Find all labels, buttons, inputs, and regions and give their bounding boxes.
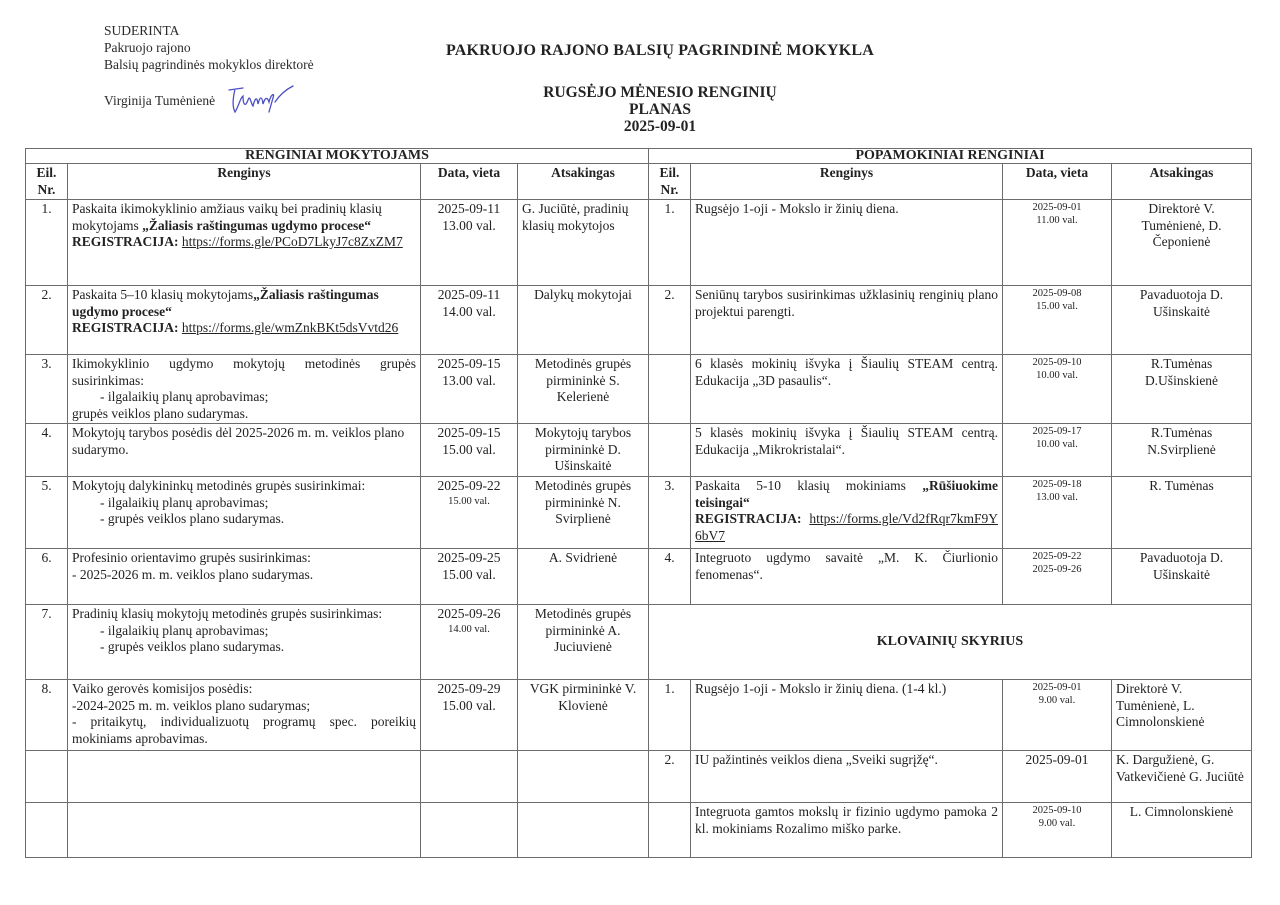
row-number: 4. bbox=[649, 549, 691, 605]
date-cell: 2025-09-2215.00 val. bbox=[421, 477, 518, 549]
registration-label: REGISTRACIJA: bbox=[72, 320, 182, 335]
event-text: Rugsėjo 1-oji - Mokslo ir žinių diena. bbox=[695, 201, 899, 216]
event-subitem: - grupės veiklos plano sudarymas. bbox=[72, 639, 416, 656]
col-date: Data, vieta bbox=[1003, 164, 1112, 200]
event-text: Pradinių klasių mokytojų metodinės grupė… bbox=[72, 606, 382, 621]
document-title: RUGSĖJO MĖNESIO RENGINIŲ PLANAS 2025-09-… bbox=[440, 84, 880, 135]
responsible-cell: Pavaduotoja D. Ušinskaitė bbox=[1112, 549, 1252, 605]
title-line-2: PLANAS bbox=[440, 101, 880, 118]
klovainiai-section-title: KLOVAINIŲ SKYRIUS bbox=[649, 605, 1252, 680]
event-date: 2025-09-15 bbox=[425, 356, 513, 373]
event-cell: Rugsėjo 1-oji - Mokslo ir žinių diena. bbox=[691, 200, 1003, 286]
table-row: 8.Vaiko gerovės komisijos posėdis:-2024-… bbox=[26, 680, 649, 751]
event-text: 5 klasės mokinių išvyka į Šiaulių STEAM … bbox=[695, 425, 998, 457]
event-time: 15.00 val. bbox=[1007, 300, 1107, 313]
date-cell: 2025-09-2915.00 val. bbox=[421, 680, 518, 751]
table-row: 2.Seniūnų tarybos susirinkimas užklasini… bbox=[649, 286, 1252, 355]
event-text: Integruoto ugdymo savaitė „M. K. Čiurlio… bbox=[695, 550, 998, 582]
date-cell: 2025-09-2614.00 val. bbox=[421, 605, 518, 680]
event-title: „Žaliasis raštingumas ugdymo procese“ bbox=[142, 218, 371, 233]
approval-district: Pakruojo rajono bbox=[104, 39, 314, 56]
event-text: Profesinio orientavimo grupės susirinkim… bbox=[72, 550, 311, 565]
row-number bbox=[649, 355, 691, 424]
date-cell: 2025-09-1515.00 val. bbox=[421, 424, 518, 477]
event-date: 2025-09-26 bbox=[425, 606, 513, 623]
row-number: 1. bbox=[649, 680, 691, 751]
responsible-cell: Metodinės grupės pirmininkė A. Juciuvien… bbox=[518, 605, 649, 680]
row-number: 7. bbox=[26, 605, 68, 680]
event-cell: Profesinio orientavimo grupės susirinkim… bbox=[68, 549, 421, 605]
event-date: 2025-09-17 bbox=[1007, 425, 1107, 438]
date-cell: 2025-09-1010.00 val. bbox=[1003, 355, 1112, 424]
date-cell: 2025-09-109.00 val. bbox=[1003, 803, 1112, 858]
event-subitem: - 2025-2026 m. m. veiklos plano sudaryma… bbox=[72, 567, 416, 584]
event-text: Paskaita 5-10 klasių mokiniams bbox=[695, 478, 922, 493]
date-cell: 2025-09-1813.00 val. bbox=[1003, 477, 1112, 549]
event-text: Seniūnų tarybos susirinkimas užklasinių … bbox=[695, 287, 998, 319]
event-time: 15.00 val. bbox=[425, 698, 513, 715]
row-number: 1. bbox=[649, 200, 691, 286]
responsible-cell: R.Tumėnas D.Ušinskienė bbox=[1112, 355, 1252, 424]
event-time: 13.00 val. bbox=[425, 373, 513, 390]
table-row: 2.IU pažintinės veiklos diena „Sveiki su… bbox=[649, 751, 1252, 803]
table-row: 5.Mokytojų dalykininkų metodinės grupės … bbox=[26, 477, 649, 549]
approval-block: SUDERINTA Pakruojo rajono Balsių pagrind… bbox=[104, 22, 314, 116]
event-date: 2025-09-11 bbox=[425, 201, 513, 218]
row-number: 2. bbox=[26, 286, 68, 355]
date-cell: 2025-09-0815.00 val. bbox=[1003, 286, 1112, 355]
responsible-cell: Mokytojų tarybos pirmininkė D. Ušinskait… bbox=[518, 424, 649, 477]
event-cell: Rugsėjo 1-oji - Mokslo ir žinių diena. (… bbox=[691, 680, 1003, 751]
event-time: 11.00 val. bbox=[1007, 214, 1107, 227]
signature-icon bbox=[223, 84, 303, 116]
event-subitem: - ilgalaikių planų aprobavimas; bbox=[72, 389, 416, 406]
title-line-1: RUGSĖJO MĖNESIO RENGINIŲ bbox=[440, 84, 880, 101]
responsible-cell: R.Tumėnas N.Svirplienė bbox=[1112, 424, 1252, 477]
event-subitem: - ilgalaikių planų aprobavimas; bbox=[72, 495, 416, 512]
event-time: 10.00 val. bbox=[1007, 369, 1107, 382]
event-cell: 6 klasės mokinių išvyka į Šiaulių STEAM … bbox=[691, 355, 1003, 424]
event-subitem: - ilgalaikių planų aprobavimas; bbox=[72, 623, 416, 640]
responsible-cell: VGK pirmininkė V. Klovienė bbox=[518, 680, 649, 751]
event-cell: 5 klasės mokinių išvyka į Šiaulių STEAM … bbox=[691, 424, 1003, 477]
extracurricular-section-title: POPAMOKINIAI RENGINIAI bbox=[649, 149, 1252, 164]
empty-cell bbox=[26, 751, 68, 803]
event-date: 2025-09-15 bbox=[425, 425, 513, 442]
event-time: 15.00 val. bbox=[425, 567, 513, 584]
empty-cell bbox=[518, 751, 649, 803]
col-event: Renginys bbox=[691, 164, 1003, 200]
date-cell: 2025-09-019.00 val. bbox=[1003, 680, 1112, 751]
event-cell: Seniūnų tarybos susirinkimas užklasinių … bbox=[691, 286, 1003, 355]
date-cell: 2025-09-2515.00 val. bbox=[421, 549, 518, 605]
date-cell: 2025-09-0111.00 val. bbox=[1003, 200, 1112, 286]
event-time: 9.00 val. bbox=[1007, 817, 1107, 830]
title-date: 2025-09-01 bbox=[440, 118, 880, 135]
event-text: IU pažintinės veiklos diena „Sveiki sugr… bbox=[695, 752, 938, 767]
row-number: 5. bbox=[26, 477, 68, 549]
registration-link[interactable]: https://forms.gle/PCoD7LkyJ7c8ZxZM7 bbox=[182, 234, 403, 249]
empty-cell bbox=[518, 803, 649, 858]
date-cell: 2025-09-1710.00 val. bbox=[1003, 424, 1112, 477]
row-number: 4. bbox=[26, 424, 68, 477]
event-time: 13.00 val. bbox=[1007, 491, 1107, 504]
row-number: 2. bbox=[649, 751, 691, 803]
event-cell: Paskaita ikimokyklinio amžiaus vaikų bei… bbox=[68, 200, 421, 286]
table-row: 1.Paskaita ikimokyklinio amžiaus vaikų b… bbox=[26, 200, 649, 286]
empty-cell bbox=[68, 751, 421, 803]
event-cell: Integruoto ugdymo savaitė „M. K. Čiurlio… bbox=[691, 549, 1003, 605]
table-row: 6.Profesinio orientavimo grupės susirink… bbox=[26, 549, 649, 605]
event-text: Mokytojų tarybos posėdis dėl 2025-2026 m… bbox=[72, 425, 404, 457]
col-date: Data, vieta bbox=[421, 164, 518, 200]
klovainiai-section-row: KLOVAINIŲ SKYRIUS bbox=[649, 605, 1252, 680]
event-date: 2025-09-25 bbox=[425, 550, 513, 567]
empty-cell bbox=[421, 803, 518, 858]
event-text: Ikimokyklinio ugdymo mokytojų metodinės … bbox=[72, 356, 416, 388]
event-subitem: grupės veiklos plano sudarymas. bbox=[72, 406, 416, 423]
table-row: 2.Paskaita 5–10 klasių mokytojams„Žalias… bbox=[26, 286, 649, 355]
event-date: 2025-09-18 bbox=[1007, 478, 1107, 491]
event-time: 9.00 val. bbox=[1007, 694, 1107, 707]
event-time: 2025-09-26 bbox=[1007, 563, 1107, 576]
responsible-cell: Metodinės grupės pirmininkė S. Kelerienė bbox=[518, 355, 649, 424]
table-row: Integruota gamtos mokslų ir fizinio ugdy… bbox=[649, 803, 1252, 858]
table-row: 7.Pradinių klasių mokytojų metodinės gru… bbox=[26, 605, 649, 680]
col-responsible: Atsakingas bbox=[518, 164, 649, 200]
responsible-cell: Metodinės grupės pirmininkė N. Svirplien… bbox=[518, 477, 649, 549]
empty-cell bbox=[26, 803, 68, 858]
row-number bbox=[649, 803, 691, 858]
event-time: 15.00 val. bbox=[425, 495, 513, 508]
responsible-cell: Pavaduotoja D. Ušinskaitė bbox=[1112, 286, 1252, 355]
table-row: 3.Paskaita 5-10 klasių mokiniams „Rūšiuo… bbox=[649, 477, 1252, 549]
event-text: Mokytojų dalykininkų metodinės grupės su… bbox=[72, 478, 365, 493]
date-cell: 2025-09-1114.00 val. bbox=[421, 286, 518, 355]
event-text: 6 klasės mokinių išvyka į Šiaulių STEAM … bbox=[695, 356, 998, 388]
event-cell: IU pažintinės veiklos diena „Sveiki sugr… bbox=[691, 751, 1003, 803]
event-text: Rugsėjo 1-oji - Mokslo ir žinių diena. (… bbox=[695, 681, 946, 696]
date-cell: 2025-09-222025-09-26 bbox=[1003, 549, 1112, 605]
event-date: 2025-09-10 bbox=[1007, 804, 1107, 817]
event-date: 2025-09-01 bbox=[1007, 752, 1107, 769]
event-cell: Ikimokyklinio ugdymo mokytojų metodinės … bbox=[68, 355, 421, 424]
event-time: 14.00 val. bbox=[425, 623, 513, 636]
approval-signer: Virginija Tumėnienė bbox=[104, 92, 215, 109]
event-text: Paskaita 5–10 klasių mokytojams bbox=[72, 287, 253, 302]
responsible-cell: G. Juciūtė, pradinių klasių mokytojos bbox=[518, 200, 649, 286]
responsible-cell: L. Cimnolonskienė bbox=[1112, 803, 1252, 858]
row-number: 1. bbox=[26, 200, 68, 286]
row-number: 6. bbox=[26, 549, 68, 605]
event-date: 2025-09-08 bbox=[1007, 287, 1107, 300]
event-text: Integruota gamtos mokslų ir fizinio ugdy… bbox=[695, 804, 998, 836]
row-number bbox=[649, 424, 691, 477]
event-cell: Mokytojų tarybos posėdis dėl 2025-2026 m… bbox=[68, 424, 421, 477]
empty-row bbox=[26, 751, 649, 803]
event-time: 15.00 val. bbox=[425, 442, 513, 459]
approval-position: Balsių pagrindinės mokyklos direktorė bbox=[104, 56, 314, 73]
row-number: 3. bbox=[26, 355, 68, 424]
table-row: 1.Rugsėjo 1-oji - Mokslo ir žinių diena.… bbox=[649, 200, 1252, 286]
date-cell: 2025-09-1113.00 val. bbox=[421, 200, 518, 286]
col-nr: Eil. Nr. bbox=[26, 164, 68, 200]
event-date: 2025-09-29 bbox=[425, 681, 513, 698]
extracurricular-events-table: POPAMOKINIAI RENGINIAI Eil. Nr. Renginys… bbox=[648, 148, 1252, 858]
responsible-cell: K. Dargužienė, G. Vatkevičienė G. Juciūt… bbox=[1112, 751, 1252, 803]
col-responsible: Atsakingas bbox=[1112, 164, 1252, 200]
teachers-events-table: RENGINIAI MOKYTOJAMS Eil. Nr. Renginys D… bbox=[25, 148, 649, 858]
responsible-cell: Direktorė V. Tumėnienė, L. Cimnolonskien… bbox=[1112, 680, 1252, 751]
event-date: 2025-09-22 bbox=[425, 478, 513, 495]
event-date: 2025-09-01 bbox=[1007, 681, 1107, 694]
event-cell: Vaiko gerovės komisijos posėdis:-2024-20… bbox=[68, 680, 421, 751]
event-time: 10.00 val. bbox=[1007, 438, 1107, 451]
empty-cell bbox=[421, 751, 518, 803]
responsible-cell: R. Tumėnas bbox=[1112, 477, 1252, 549]
event-cell: Paskaita 5-10 klasių mokiniams „Rūšiuoki… bbox=[691, 477, 1003, 549]
event-cell: Mokytojų dalykininkų metodinės grupės su… bbox=[68, 477, 421, 549]
event-cell: Integruota gamtos mokslų ir fizinio ugdy… bbox=[691, 803, 1003, 858]
registration-label: REGISTRACIJA: bbox=[695, 511, 809, 526]
event-time: 14.00 val. bbox=[425, 304, 513, 321]
event-text: Vaiko gerovės komisijos posėdis: bbox=[72, 681, 252, 696]
event-time: 13.00 val. bbox=[425, 218, 513, 235]
table-row: 4.Mokytojų tarybos posėdis dėl 2025-2026… bbox=[26, 424, 649, 477]
event-date: 2025-09-10 bbox=[1007, 356, 1107, 369]
event-date: 2025-09-11 bbox=[425, 287, 513, 304]
table-row: 4.Integruoto ugdymo savaitė „M. K. Čiurl… bbox=[649, 549, 1252, 605]
responsible-cell: Direktorė V. Tumėnienė, D. Čeponienė bbox=[1112, 200, 1252, 286]
row-number: 2. bbox=[649, 286, 691, 355]
event-subitem: - pritaikytų, individualizuotų programų … bbox=[72, 714, 416, 747]
col-event: Renginys bbox=[68, 164, 421, 200]
teachers-section-title: RENGINIAI MOKYTOJAMS bbox=[26, 149, 649, 164]
registration-label: REGISTRACIJA: bbox=[72, 234, 182, 249]
table-row: 1.Rugsėjo 1-oji - Mokslo ir žinių diena.… bbox=[649, 680, 1252, 751]
row-number: 8. bbox=[26, 680, 68, 751]
empty-cell bbox=[68, 803, 421, 858]
approval-heading: SUDERINTA bbox=[104, 22, 314, 39]
event-cell: Paskaita 5–10 klasių mokytojams„Žaliasis… bbox=[68, 286, 421, 355]
empty-row bbox=[26, 803, 649, 858]
table-row: 5 klasės mokinių išvyka į Šiaulių STEAM … bbox=[649, 424, 1252, 477]
date-cell: 2025-09-1513.00 val. bbox=[421, 355, 518, 424]
event-subitem: - grupės veiklos plano sudarymas. bbox=[72, 511, 416, 528]
date-cell: 2025-09-01 bbox=[1003, 751, 1112, 803]
table-row: 6 klasės mokinių išvyka į Šiaulių STEAM … bbox=[649, 355, 1252, 424]
event-subitem: -2024-2025 m. m. veiklos plano sudarymas… bbox=[72, 698, 416, 715]
event-date: 2025-09-22 bbox=[1007, 550, 1107, 563]
event-cell: Pradinių klasių mokytojų metodinės grupė… bbox=[68, 605, 421, 680]
col-nr: Eil. Nr. bbox=[649, 164, 691, 200]
event-date: 2025-09-01 bbox=[1007, 201, 1107, 214]
registration-link[interactable]: https://forms.gle/wmZnkBKt5dsVvtd26 bbox=[182, 320, 398, 335]
row-number: 3. bbox=[649, 477, 691, 549]
responsible-cell: A. Svidrienė bbox=[518, 549, 649, 605]
responsible-cell: Dalykų mokytojai bbox=[518, 286, 649, 355]
table-row: 3.Ikimokyklinio ugdymo mokytojų metodinė… bbox=[26, 355, 649, 424]
school-name: PAKRUOJO RAJONO BALSIŲ PAGRINDINĖ MOKYKL… bbox=[420, 42, 900, 60]
